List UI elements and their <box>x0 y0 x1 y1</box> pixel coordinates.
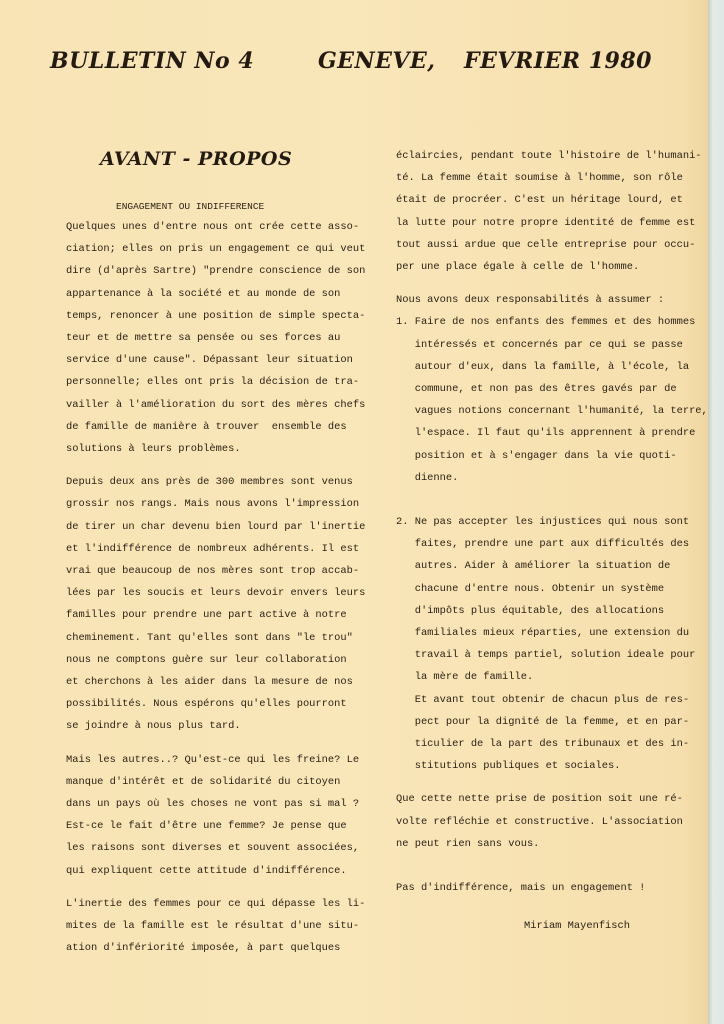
text-line: de tirer un char devenu bien lourd par l… <box>66 516 365 538</box>
article-title: AVANT - PROPOS <box>100 148 292 170</box>
text-line: familiales mieux réparties, une extensio… <box>396 622 708 644</box>
text-line: travail à temps partiel, solution ideale… <box>396 644 708 666</box>
issue-date: FEVRIER 1980 <box>464 48 652 74</box>
text-line: grossir nos rangs. Mais nous avons l'imp… <box>66 493 365 515</box>
text-line: pect pour la dignité de la femme, et en … <box>396 711 708 733</box>
text-line: 1. Faire de nos enfants des femmes et de… <box>396 311 708 333</box>
text-line: Est-ce le fait d'être une femme? Je pens… <box>66 815 365 837</box>
text-line: les raisons sont diverses et souvent ass… <box>66 837 365 859</box>
text-line: mites de la famille est le résultat d'un… <box>66 915 365 937</box>
text-line: service d'une cause". Dépassant leur sit… <box>66 349 365 371</box>
text-line: cheminement. Tant qu'elles sont dans "le… <box>66 627 365 649</box>
text-line: chacune d'entre nous. Obtenir un système <box>396 578 708 600</box>
text-line: la mère de famille. <box>396 666 708 688</box>
text-line: té. La femme était soumise à l'homme, so… <box>396 167 708 189</box>
text-line: ticulier de la part des tribunaux et des… <box>396 733 708 755</box>
text-line: autres. Aider à améliorer la situation d… <box>396 555 708 577</box>
paragraph: Depuis deux ans près de 300 membres sont… <box>66 471 365 737</box>
signature: Miriam Mayenfisch <box>524 920 630 932</box>
text-line: appartenance à la société et au monde de… <box>66 283 365 305</box>
text-line: Et avant tout obtenir de chacun plus de … <box>396 689 708 711</box>
text-line: volte refléchie et constructive. L'assoc… <box>396 811 708 833</box>
text-line: dire (d'après Sartre) "prendre conscienc… <box>66 260 365 282</box>
text-line: ciation; elles on pris un engagement ce … <box>66 238 365 260</box>
text-line: stitutions publiques et sociales. <box>396 755 708 777</box>
text-line: Depuis deux ans près de 300 membres sont… <box>66 471 365 493</box>
text-line: vrai que beaucoup de nos mères sont trop… <box>66 560 365 582</box>
text-line: lées par les soucis et leurs devoir enve… <box>66 582 365 604</box>
text-line: dans un pays où les choses ne vont pas s… <box>66 793 365 815</box>
right-column: éclaircies, pendant toute l'histoire de … <box>396 145 708 899</box>
text-line: nous ne comptons guère sur leur collabor… <box>66 649 365 671</box>
text-line: dienne. <box>396 467 708 489</box>
list-item-2: 2. Ne pas accepter les injustices qui no… <box>396 511 708 777</box>
text-line: vailler à l'amélioration du sort des mèr… <box>66 394 365 416</box>
document-page: BULLETIN No 4 GENEVE, FEVRIER 1980 AVANT… <box>0 0 708 1024</box>
text-line: se joindre à nous plus tard. <box>66 715 365 737</box>
text-line: d'impôts plus équitable, des allocations <box>396 600 708 622</box>
text-line: 2. Ne pas accepter les injustices qui no… <box>396 511 708 533</box>
text-line: éclaircies, pendant toute l'histoire de … <box>396 145 708 167</box>
text-line: ne peut rien sans vous. <box>396 833 708 855</box>
paragraph: éclaircies, pendant toute l'histoire de … <box>396 145 708 278</box>
text-line: de famille de manière à trouver ensemble… <box>66 416 365 438</box>
text-line: possibilités. Nous espérons qu'elles pou… <box>66 693 365 715</box>
closing-line: Pas d'indifférence, mais un engagement ! <box>396 877 708 899</box>
text-line: autour d'eux, dans la famille, à l'école… <box>396 356 708 378</box>
text-line: vagues notions concernant l'humanité, la… <box>396 400 708 422</box>
text-line: qui expliquent cette attitude d'indiffér… <box>66 860 365 882</box>
text-line: tout aussi ardue que celle entreprise po… <box>396 234 708 256</box>
text-line: commune, et non pas des êtres gavés par … <box>396 378 708 400</box>
text-line: intéressés et concernés par ce qui se pa… <box>396 334 708 356</box>
text-line: L'inertie des femmes pour ce qui dépasse… <box>66 893 365 915</box>
paragraph: Mais les autres..? Qu'est-ce qui les fre… <box>66 749 365 882</box>
text-line: Que cette nette prise de position soit u… <box>396 788 708 810</box>
text-line: était de procréer. C'est un héritage lou… <box>396 189 708 211</box>
text-line: la lutte pour notre propre identité de f… <box>396 212 708 234</box>
list-intro: Nous avons deux responsabilités à assume… <box>396 289 708 311</box>
text-line: ation d'infériorité imposée, à part quel… <box>66 937 365 959</box>
text-line: temps, renoncer à une position de simple… <box>66 305 365 327</box>
text-line: per une place égale à celle de l'homme. <box>396 256 708 278</box>
text-line: personnelle; elles ont pris la décision … <box>66 371 365 393</box>
text-line: solutions à leurs problèmes. <box>66 438 365 460</box>
bulletin-number: BULLETIN No 4 <box>50 48 254 74</box>
text-line: manque d'intérêt et de solidarité du cit… <box>66 771 365 793</box>
text-line: et cherchons à les aider dans la mesure … <box>66 671 365 693</box>
text-line: teur et de mettre sa pensée ou ses force… <box>66 327 365 349</box>
list-item-1: 1. Faire de nos enfants des femmes et de… <box>396 311 708 489</box>
article-subtitle: ENGAGEMENT OU INDIFFERENCE <box>116 201 264 212</box>
text-line: Quelques unes d'entre nous ont crée cett… <box>66 216 365 238</box>
page-edge <box>708 0 724 1024</box>
city: GENEVE, <box>318 48 435 74</box>
text-line: position et à s'engager dans la vie quot… <box>396 445 708 467</box>
text-line: familles pour prendre une part active à … <box>66 604 365 626</box>
text-line: Mais les autres..? Qu'est-ce qui les fre… <box>66 749 365 771</box>
paragraph: Quelques unes d'entre nous ont crée cett… <box>66 216 365 460</box>
text-line: l'espace. Il faut qu'ils apprennent à pr… <box>396 422 708 444</box>
paragraph: Que cette nette prise de position soit u… <box>396 788 708 855</box>
text-line: faites, prendre une part aux difficultés… <box>396 533 708 555</box>
paragraph: L'inertie des femmes pour ce qui dépasse… <box>66 893 365 960</box>
text-line: et l'indifférence de nombreux adhérents.… <box>66 538 365 560</box>
left-column: Quelques unes d'entre nous ont crée cett… <box>66 216 365 960</box>
